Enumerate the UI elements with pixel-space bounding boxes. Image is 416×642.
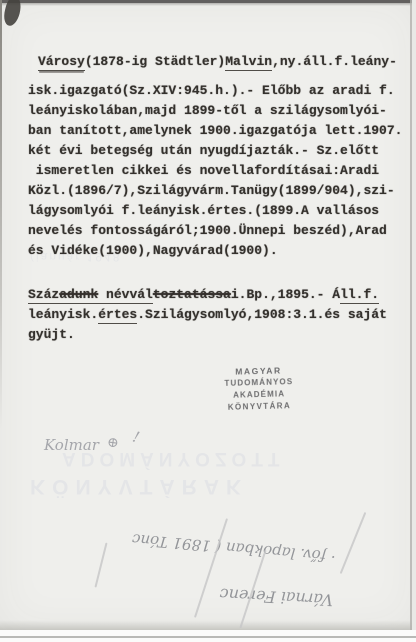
maiden-name: (1878-ig Städtler) — [85, 54, 225, 69]
scan-bottom-rule — [0, 636, 416, 638]
typed-line: Közl.(1896/7),Szilágyvárm.Tanügy(1899/90… — [28, 181, 402, 201]
underlined-text: értes — [98, 307, 137, 324]
typed-paragraph-bibliography: Századunk névváltoztatássai.Bp.,1895.- Á… — [28, 285, 387, 345]
title-part: i.Bp.,1895.- Á — [231, 287, 340, 302]
typed-line: ban tanított,amelynek 1900.igazgatója le… — [28, 121, 402, 141]
scan-edge-right-margin — [412, 0, 416, 630]
heading-line: Városy(1878-ig Städtler)Malvin,ny.áll.f.… — [38, 52, 402, 72]
scan-edge-left — [0, 0, 2, 430]
struck-text: adunk — [59, 287, 98, 304]
scan-edge-top-shadow — [0, 3, 416, 6]
surname-underlined: Városy — [38, 54, 85, 71]
pencil-annotation: Kolmar⊕! — [44, 436, 139, 454]
typed-paragraph-biography: Városy(1878-ig Städtler)Malvin,ny.áll.f.… — [28, 52, 402, 261]
bleedthrough-stamp-line2: KÖNYVTÁRAK — [30, 474, 248, 498]
typed-line: lágysomlyói f.leányisk.értes.(1899.A val… — [28, 201, 402, 221]
struck-text: toztatássa — [153, 287, 231, 302]
stamp-line: TUDOMÁNYOS AKADÉMIA — [198, 375, 321, 402]
typed-line: és Vidéke(1900),Nagyvárad(1900). — [28, 241, 402, 261]
typed-line: két évi betegség után nyugdíjazták.- Sz.… — [28, 141, 402, 161]
typed-line-with-corrections: Századunk névváltoztatássai.Bp.,1895.- Á… — [28, 285, 387, 305]
catalog-card-scan: (január 1948 ADOMÁNYOZOTT KÖNYVTÁRAK Vár… — [0, 0, 416, 642]
title-part: névvál — [98, 287, 153, 304]
source-part: leányisk. — [28, 307, 98, 322]
underlined-text: ll.f. — [340, 287, 379, 304]
title-abbrev: ,ny.áll.f.leány- — [272, 54, 397, 69]
firstname-underlined: Malvin — [225, 54, 272, 71]
typed-line: isk.igazgató(Sz.XIV:945.h.).- Előbb az a… — [28, 81, 402, 101]
title-part: Száz — [28, 287, 59, 304]
typed-line: leányiskolában,majd 1899-től a szilágyso… — [28, 101, 402, 121]
source-part: .Szilágysomlyó,1908:3.1.és saját — [137, 307, 387, 322]
pencil-annotation-word: Kolmar — [44, 436, 99, 454]
typed-line: nevelés fontosságáról;1900.Ünnepi beszéd… — [28, 221, 402, 241]
circled-plus-mark: ⊕ — [106, 434, 120, 451]
typed-line-with-corrections: leányisk.értes.Szilágysomlyó,1908:3.1.és… — [28, 305, 387, 325]
typed-line: ismeretlen cikkei és novellafordításai:A… — [28, 161, 402, 181]
library-stamp: MAGYAR TUDOMÁNYOS AKADÉMIA KÖNYVTÁRA — [197, 364, 320, 414]
typed-line: gyüjt. — [28, 325, 387, 345]
